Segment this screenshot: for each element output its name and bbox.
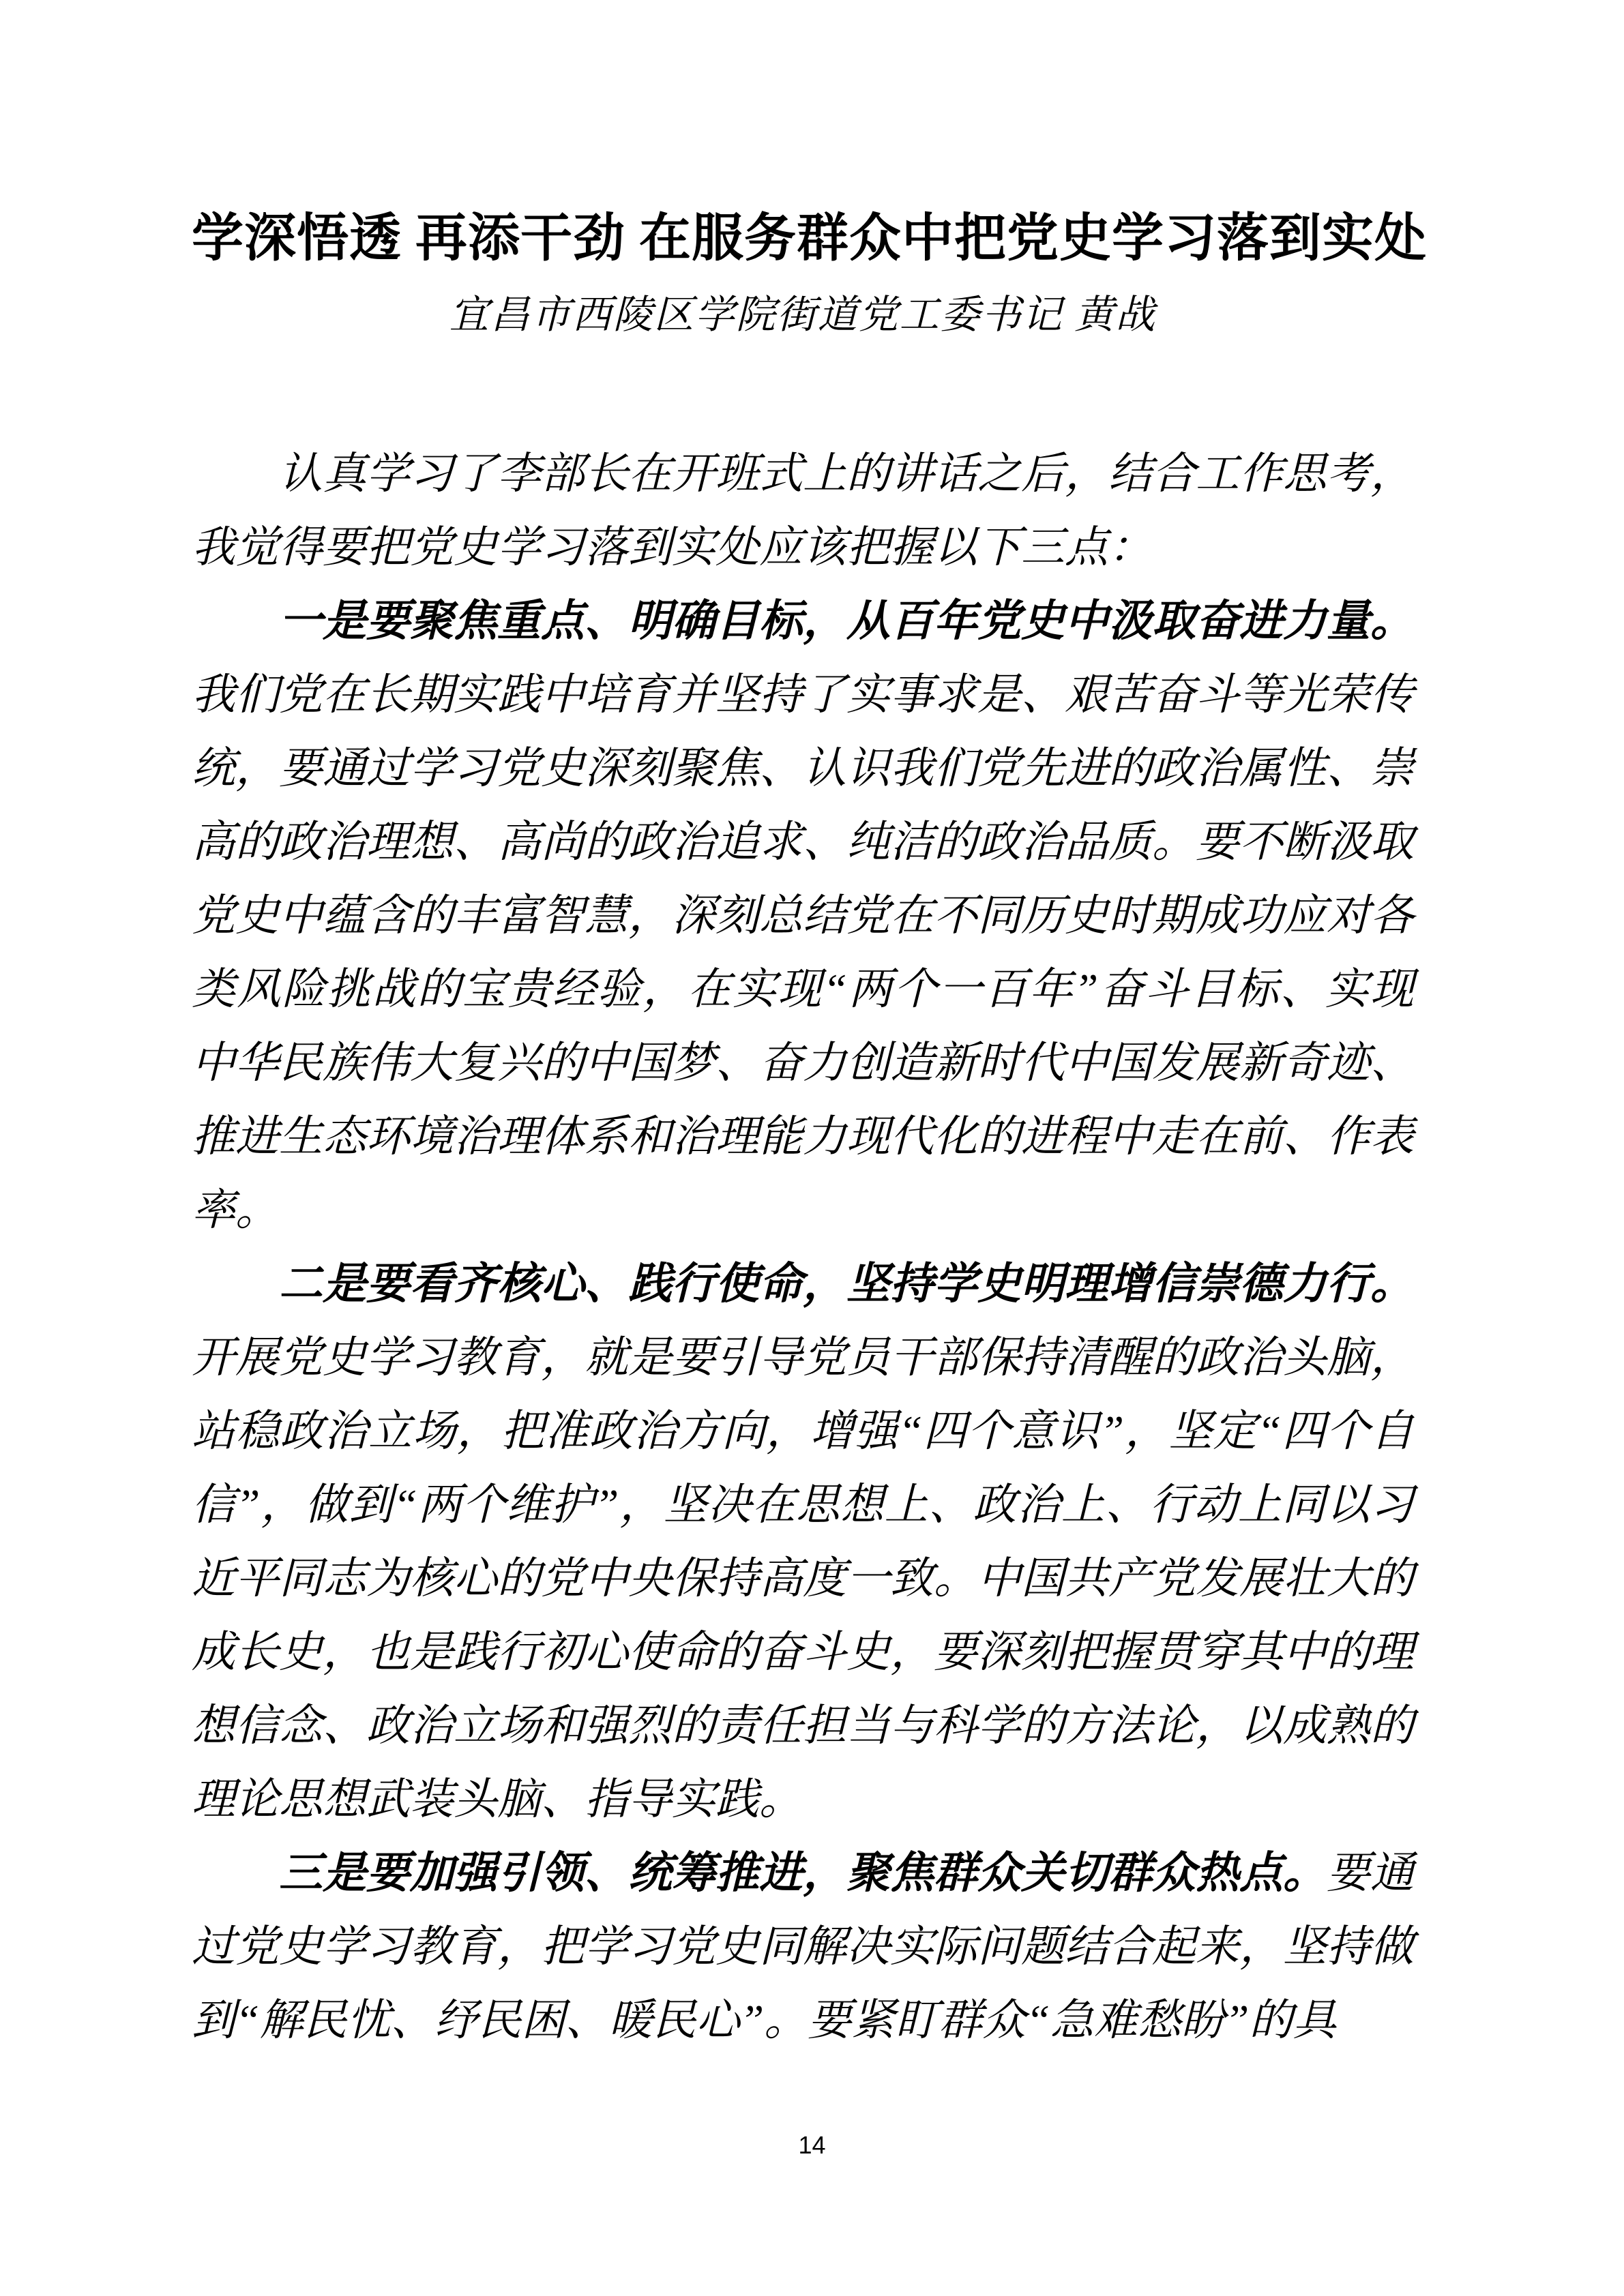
document-title: 学深悟透 再添干劲 在服务群众中把党史学习落到实处 (192, 205, 1414, 273)
document-body: 认真学习了李部长在开班式上的讲话之后，结合工作思考，我觉得要把党史学习落到实处应… (192, 437, 1414, 2057)
paragraph: 一是要聚焦重点、明确目标，从百年党史中汲取奋进力量。我们党在长期实践中培育并坚持… (192, 584, 1414, 1247)
bold-run: 二是要看齐核心、践行使命，坚持学史明理增信崇德力行。 (279, 1259, 1414, 1308)
paragraph: 认真学习了李部长在开班式上的讲话之后，结合工作思考，我觉得要把党史学习落到实处应… (192, 437, 1414, 584)
document-byline: 宜昌市西陵区学院街道党工委书记 黄战 (192, 289, 1414, 341)
paragraph: 三是要加强引领、统筹推进，聚焦群众关切群众热点。要通过党史学习教育，把学习党史同… (192, 1836, 1414, 2057)
bold-run: 一是要聚焦重点、明确目标，从百年党史中汲取奋进力量。 (279, 597, 1414, 645)
text-run: 开展党史学习教育，就是要引导党员干部保持清醒的政治头脑，站稳政治立场，把准政治方… (192, 1333, 1414, 1823)
document-page: 学深悟透 再添干劲 在服务群众中把党史学习落到实处 宜昌市西陵区学院街道党工委书… (0, 0, 1624, 2296)
page-number: 14 (0, 2130, 1624, 2160)
bold-run: 三是要加强引领、统筹推进，聚焦群众关切群众热点。 (279, 1849, 1327, 1897)
text-run: 认真学习了李部长在开班式上的讲话之后，结合工作思考，我觉得要把党史学习落到实处应… (192, 449, 1414, 571)
text-run: 我们党在长期实践中培育并坚持了实事求是、艰苦奋斗等光荣传统，要通过学习党史深刻聚… (192, 670, 1414, 1234)
paragraph: 二是要看齐核心、践行使命，坚持学史明理增信崇德力行。开展党史学习教育，就是要引导… (192, 1247, 1414, 1836)
